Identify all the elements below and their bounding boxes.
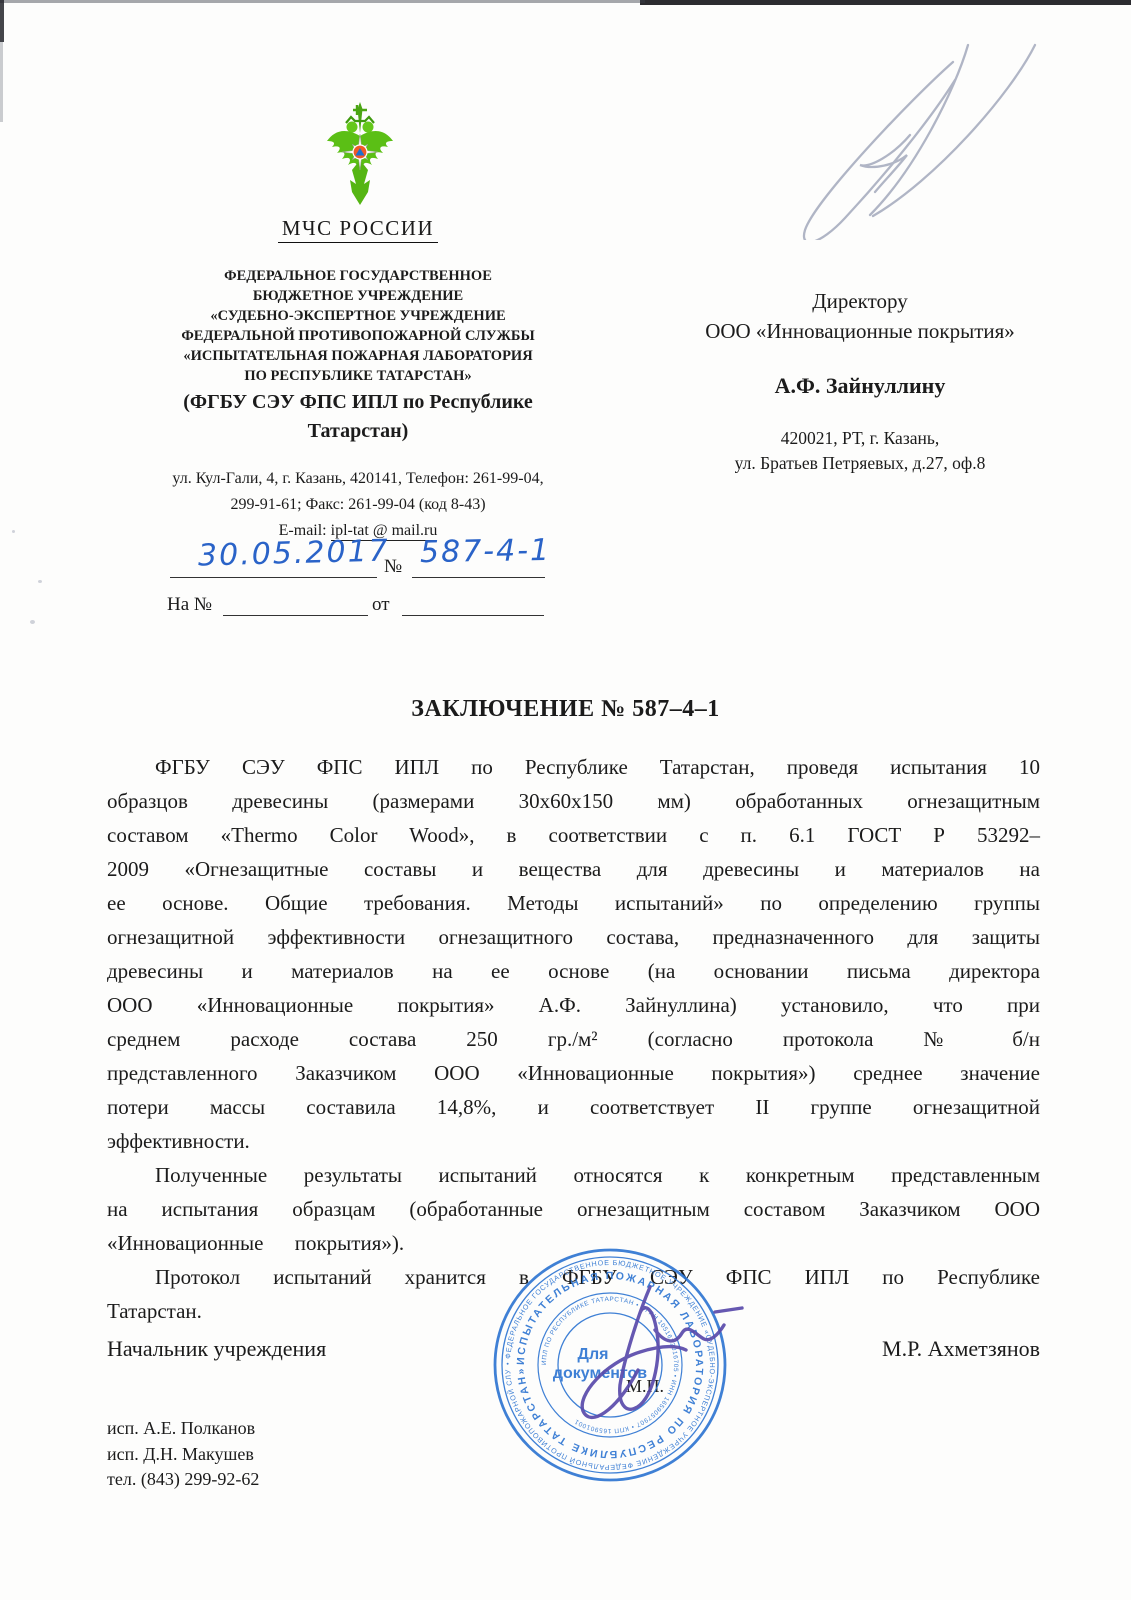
handwritten-number: 587-4-1 — [420, 533, 552, 570]
number-blank-line — [412, 577, 545, 578]
org-line: ФЕДЕРАЛЬНОЕ ГОСУДАРСТВЕННОЕ — [120, 266, 596, 286]
recipient-block: Директору ООО «Инновационные покрытия» А… — [655, 286, 1065, 476]
scanned-document-page: МЧС РОССИИ ФЕДЕРАЛЬНОЕ ГОСУДАРСТВЕННОЕ Б… — [0, 0, 1131, 1600]
scan-artifact — [0, 0, 645, 3]
scan-artifact — [0, 0, 4, 42]
handwritten-date: 30.05.2017 — [198, 533, 391, 573]
org-line: БЮДЖЕТНОЕ УЧРЕЖДЕНИЕ — [120, 286, 596, 306]
mchs-emblem-icon — [323, 100, 397, 208]
recipient-address-line: ул. Братьев Петряевых, д.27, оф.8 — [655, 451, 1065, 476]
recipient-address: 420021, РТ, г. Казань, ул. Братьев Петря… — [655, 426, 1065, 476]
scan-artifact — [0, 42, 3, 122]
executor-line: исп. Д.Н. Макушев — [107, 1442, 259, 1468]
phone-line: тел. (843) 299-92-62 — [107, 1467, 259, 1493]
recipient-position: Директору — [655, 286, 1065, 316]
address-line: 299-91-61; Факс: 261-99-04 (код 8-43) — [138, 492, 578, 518]
address-line: ул. Кул-Гали, 4, г. Казань, 420141, Теле… — [138, 466, 578, 492]
document-body: ФГБУ СЭУ ФПС ИПЛ по Республике Татарстан… — [107, 750, 1040, 1328]
scan-artifact — [30, 620, 35, 624]
organization-name: ФЕДЕРАЛЬНОЕ ГОСУДАРСТВЕННОЕ БЮДЖЕТНОЕ УЧ… — [120, 266, 596, 386]
org-line: «СУДЕБНО-ЭКСПЕРТНОЕ УЧРЕЖДЕНИЕ — [120, 306, 596, 326]
signer-name: М.Р. Ахметзянов — [882, 1336, 1040, 1362]
recipient-company: ООО «Инновационные покрытия» — [655, 316, 1065, 346]
recipient-name: А.Ф. Зайнуллину — [655, 373, 1065, 399]
ref-date-blank-line — [402, 615, 544, 616]
date-blank-line — [170, 577, 377, 578]
number-sign: № — [384, 556, 402, 578]
org-line: «ИСПЫТАТЕЛЬНАЯ ПОЖАРНАЯ ЛАБОРАТОРИЯ — [120, 346, 596, 366]
body-paragraph: ФГБУ СЭУ ФПС ИПЛ по Республике Татарстан… — [107, 750, 1040, 1158]
document-title: ЗАКЛЮЧЕНИЕ № 587–4–1 — [0, 696, 1131, 723]
recipient-address-line: 420021, РТ, г. Казань, — [655, 426, 1065, 451]
scan-artifact — [38, 580, 42, 583]
executor-line: исп. А.Е. Полканов — [107, 1416, 259, 1442]
document-footer: исп. А.Е. Полканов исп. Д.Н. Макушев тел… — [107, 1416, 259, 1493]
director-ink-signature — [550, 1255, 760, 1425]
organization-address: ул. Кул-Гали, 4, г. Казань, 420141, Теле… — [138, 466, 578, 544]
org-line: ПО РЕСПУБЛИКЕ ТАТАРСТАН» — [120, 366, 596, 386]
signer-position: Начальник учреждения — [107, 1336, 326, 1362]
pencil-signature — [785, 20, 1045, 240]
org-line: ФЕДЕРАЛЬНОЙ ПРОТИВОПОЖАРНОЙ СЛУЖБЫ — [120, 326, 596, 346]
ref-from-label: от — [372, 594, 390, 616]
ref-label: На № — [167, 594, 212, 616]
organization-short-name: (ФГБУ СЭУ ФПС ИПЛ по Республике Татарста… — [138, 388, 578, 446]
scan-artifact — [640, 0, 1131, 5]
ref-number-blank-line — [223, 615, 368, 616]
ministry-title: МЧС РОССИИ — [130, 216, 586, 241]
scan-artifact — [12, 530, 15, 533]
